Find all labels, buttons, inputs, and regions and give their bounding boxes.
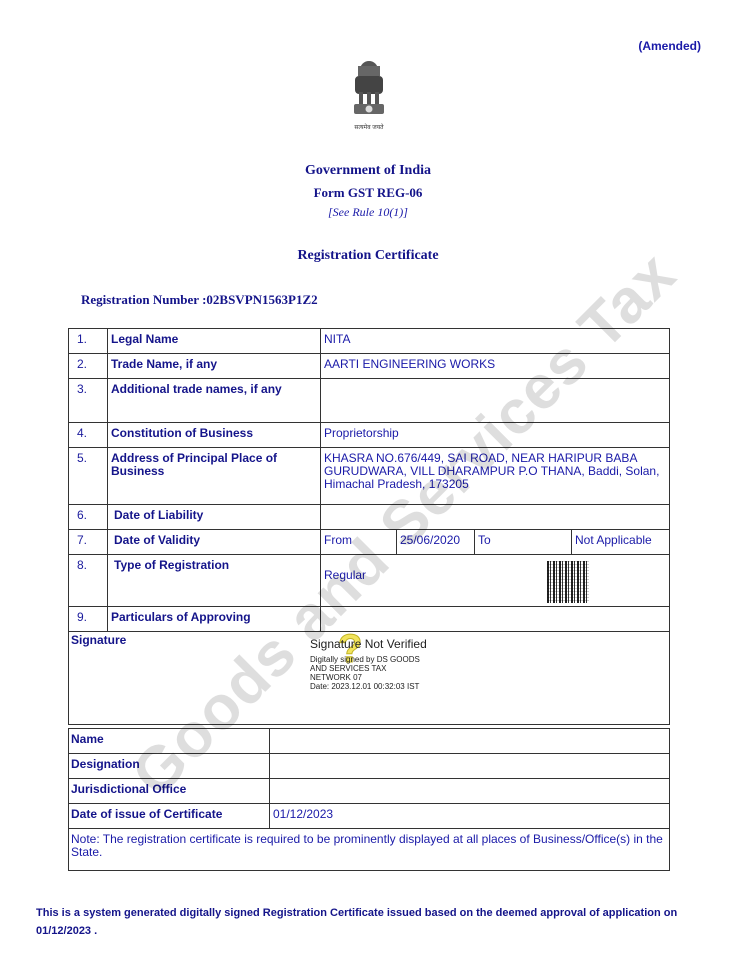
display-note: Note: The registration certificate is re… bbox=[69, 829, 670, 871]
qr-code-icon bbox=[547, 561, 589, 603]
date-of-liability-value bbox=[321, 505, 670, 530]
signature-date: Date: 2023.12.01 00:32:03 IST bbox=[310, 682, 427, 691]
table-row: 2. Trade Name, if any AARTI ENGINEERING … bbox=[69, 354, 670, 379]
trade-name-label: Trade Name, if any bbox=[108, 354, 321, 379]
date-of-liability-label: Date of Liability bbox=[108, 505, 321, 530]
table-row: 5. Address of Principal Place of Busines… bbox=[69, 448, 670, 505]
address-value: KHASRA NO.676/449, SAI ROAD, NEAR HARIPU… bbox=[321, 448, 670, 505]
row-number: 7. bbox=[69, 530, 108, 555]
row-number: 3. bbox=[69, 379, 108, 423]
amended-label: (Amended) bbox=[638, 39, 701, 53]
jurisdictional-office-value bbox=[270, 779, 670, 804]
jurisdictional-office-label: Jurisdictional Office bbox=[69, 779, 270, 804]
row-number: 9. bbox=[69, 607, 108, 632]
constitution-value: Proprietorship bbox=[321, 423, 670, 448]
validity-to-label: To bbox=[475, 530, 572, 555]
table-row: Designation bbox=[69, 754, 670, 779]
signature-label: Signature bbox=[71, 633, 126, 647]
address-label: Address of Principal Place of Business bbox=[108, 448, 321, 505]
additional-trade-names-label: Additional trade names, if any bbox=[108, 379, 321, 423]
row-number: 6. bbox=[69, 505, 108, 530]
additional-trade-names-value bbox=[321, 379, 670, 423]
approver-table: Name Designation Jurisdictional Office D… bbox=[68, 728, 670, 871]
type-of-registration-label: Type of Registration bbox=[108, 555, 321, 607]
table-row: Jurisdictional Office bbox=[69, 779, 670, 804]
details-table: 1. Legal Name NITA 2. Trade Name, if any… bbox=[68, 328, 670, 725]
table-row: 3. Additional trade names, if any bbox=[69, 379, 670, 423]
designation-value bbox=[270, 754, 670, 779]
validity-from-label: From bbox=[321, 530, 397, 555]
type-of-registration-cell: Regular bbox=[321, 555, 670, 607]
table-row: 6. Date of Liability bbox=[69, 505, 670, 530]
legal-name-label: Legal Name bbox=[108, 329, 321, 354]
table-row: 8. Type of Registration Regular bbox=[69, 555, 670, 607]
legal-name-value: NITA bbox=[321, 329, 670, 354]
row-number: 2. bbox=[69, 354, 108, 379]
signature-signer-line: Digitally signed by DS GOODS bbox=[310, 655, 427, 664]
table-row: 9. Particulars of Approving bbox=[69, 607, 670, 632]
date-of-validity-label: Date of Validity bbox=[108, 530, 321, 555]
row-number: 5. bbox=[69, 448, 108, 505]
government-title: Government of India bbox=[0, 163, 736, 179]
constitution-label: Constitution of Business bbox=[108, 423, 321, 448]
validity-from-value: 25/06/2020 bbox=[397, 530, 475, 555]
rule-reference: [See Rule 10(1)] bbox=[0, 205, 736, 220]
signature-row: Signature ? Signature Not Verified Digit… bbox=[69, 632, 670, 725]
table-row: Note: The registration certificate is re… bbox=[69, 829, 670, 871]
designation-label: Designation bbox=[69, 754, 270, 779]
approver-name-value bbox=[270, 729, 670, 754]
table-row: Name bbox=[69, 729, 670, 754]
signature-signer-line: NETWORK 07 bbox=[310, 673, 427, 682]
particulars-of-approving-label: Particulars of Approving bbox=[108, 607, 321, 632]
form-name: Form GST REG-06 bbox=[0, 185, 736, 201]
signature-cell: Signature ? Signature Not Verified Digit… bbox=[69, 632, 670, 725]
signature-status: Signature Not Verified bbox=[310, 638, 427, 651]
row-number: 4. bbox=[69, 423, 108, 448]
signature-signer-line: AND SERVICES TAX bbox=[310, 664, 427, 673]
footer-statement: This is a system generated digitally sig… bbox=[36, 904, 706, 940]
registration-number: Registration Number :02BSVPN1563P1Z2 bbox=[81, 292, 318, 308]
date-of-issue-label: Date of issue of Certificate bbox=[69, 804, 270, 829]
table-row: 7. Date of Validity From 25/06/2020 To N… bbox=[69, 530, 670, 555]
date-of-issue-value: 01/12/2023 bbox=[270, 804, 670, 829]
trade-name-value: AARTI ENGINEERING WORKS bbox=[321, 354, 670, 379]
particulars-of-approving-value bbox=[321, 607, 670, 632]
row-number: 1. bbox=[69, 329, 108, 354]
table-row: 4. Constitution of Business Proprietorsh… bbox=[69, 423, 670, 448]
table-row: Date of issue of Certificate 01/12/2023 bbox=[69, 804, 670, 829]
validity-to-value: Not Applicable bbox=[572, 530, 670, 555]
row-number: 8. bbox=[69, 555, 108, 607]
approver-name-label: Name bbox=[69, 729, 270, 754]
svg-text:सत्यमेव जयते: सत्यमेव जयते bbox=[354, 123, 384, 131]
national-emblem-icon: सत्यमेव जयते bbox=[346, 56, 392, 134]
certificate-title: Registration Certificate bbox=[0, 248, 736, 264]
table-row: 1. Legal Name NITA bbox=[69, 329, 670, 354]
type-of-registration-value: Regular bbox=[324, 569, 366, 582]
digital-signature-block: ? Signature Not Verified Digitally signe… bbox=[310, 638, 427, 691]
